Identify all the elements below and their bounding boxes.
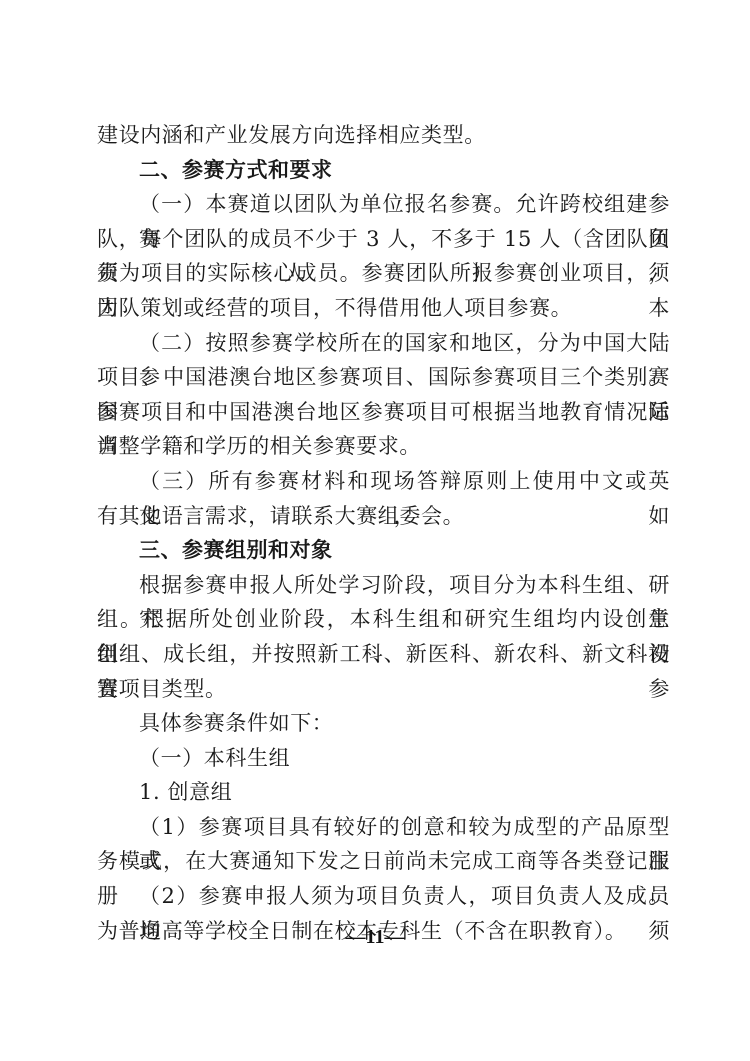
document-page: 建设内涵和产业发展方向选择相应类型。二、参赛方式和要求（一）本赛道以团队为单位报… [97, 118, 670, 948]
section-heading: 二、参赛方式和要求 [97, 153, 670, 188]
text-line: 创组、成长组，并按照新工科、新医科、新农科、新文科设置参 [97, 637, 670, 672]
text-line: （三）所有参赛材料和现场答辩原则上使用中文或英文，如 [97, 464, 670, 499]
text-line: 须为项目的实际核心成员。参赛团队所报参赛创业项目，须为本 [97, 256, 670, 291]
text-line: 具体参赛条件如下： [97, 706, 670, 741]
text-line: 队，每个团队的成员不少于 3 人，不多于 15 人（含团队负责人）， [97, 222, 670, 257]
text-line: 调整学籍和学历的相关参赛要求。 [97, 429, 670, 464]
text-line: 建设内涵和产业发展方向选择相应类型。 [97, 118, 670, 153]
text-line: （一）本科生组 [97, 741, 670, 776]
page-number: —11— [0, 926, 750, 949]
text-line: 1. 创意组 [97, 775, 670, 810]
text-line: 务模式，在大赛通知下发之日前尚未完成工商等各类登记注册。 [97, 844, 670, 879]
text-line: （二）按照参赛学校所在的国家和地区，分为中国大陆参赛 [97, 326, 670, 361]
text-line: （2）参赛申报人须为项目负责人，项目负责人及成员均须 [97, 879, 670, 914]
text-line: 根据参赛申报人所处学习阶段，项目分为本科生组、研究生 [97, 568, 670, 603]
text-line: 参赛项目和中国港澳台地区参赛项目可根据当地教育情况适当 [97, 395, 670, 430]
section-heading: 三、参赛组别和对象 [97, 533, 670, 568]
text-line: （1）参赛项目具有较好的创意和较为成型的产品原型或服 [97, 810, 670, 845]
text-line: 项目、中国港澳台地区参赛项目、国际参赛项目三个类别。国际 [97, 360, 670, 395]
text-line: （一）本赛道以团队为单位报名参赛。允许跨校组建参赛团 [97, 187, 670, 222]
text-line: 组。根据所处创业阶段，本科生组和研究生组均内设创意组、初 [97, 602, 670, 637]
